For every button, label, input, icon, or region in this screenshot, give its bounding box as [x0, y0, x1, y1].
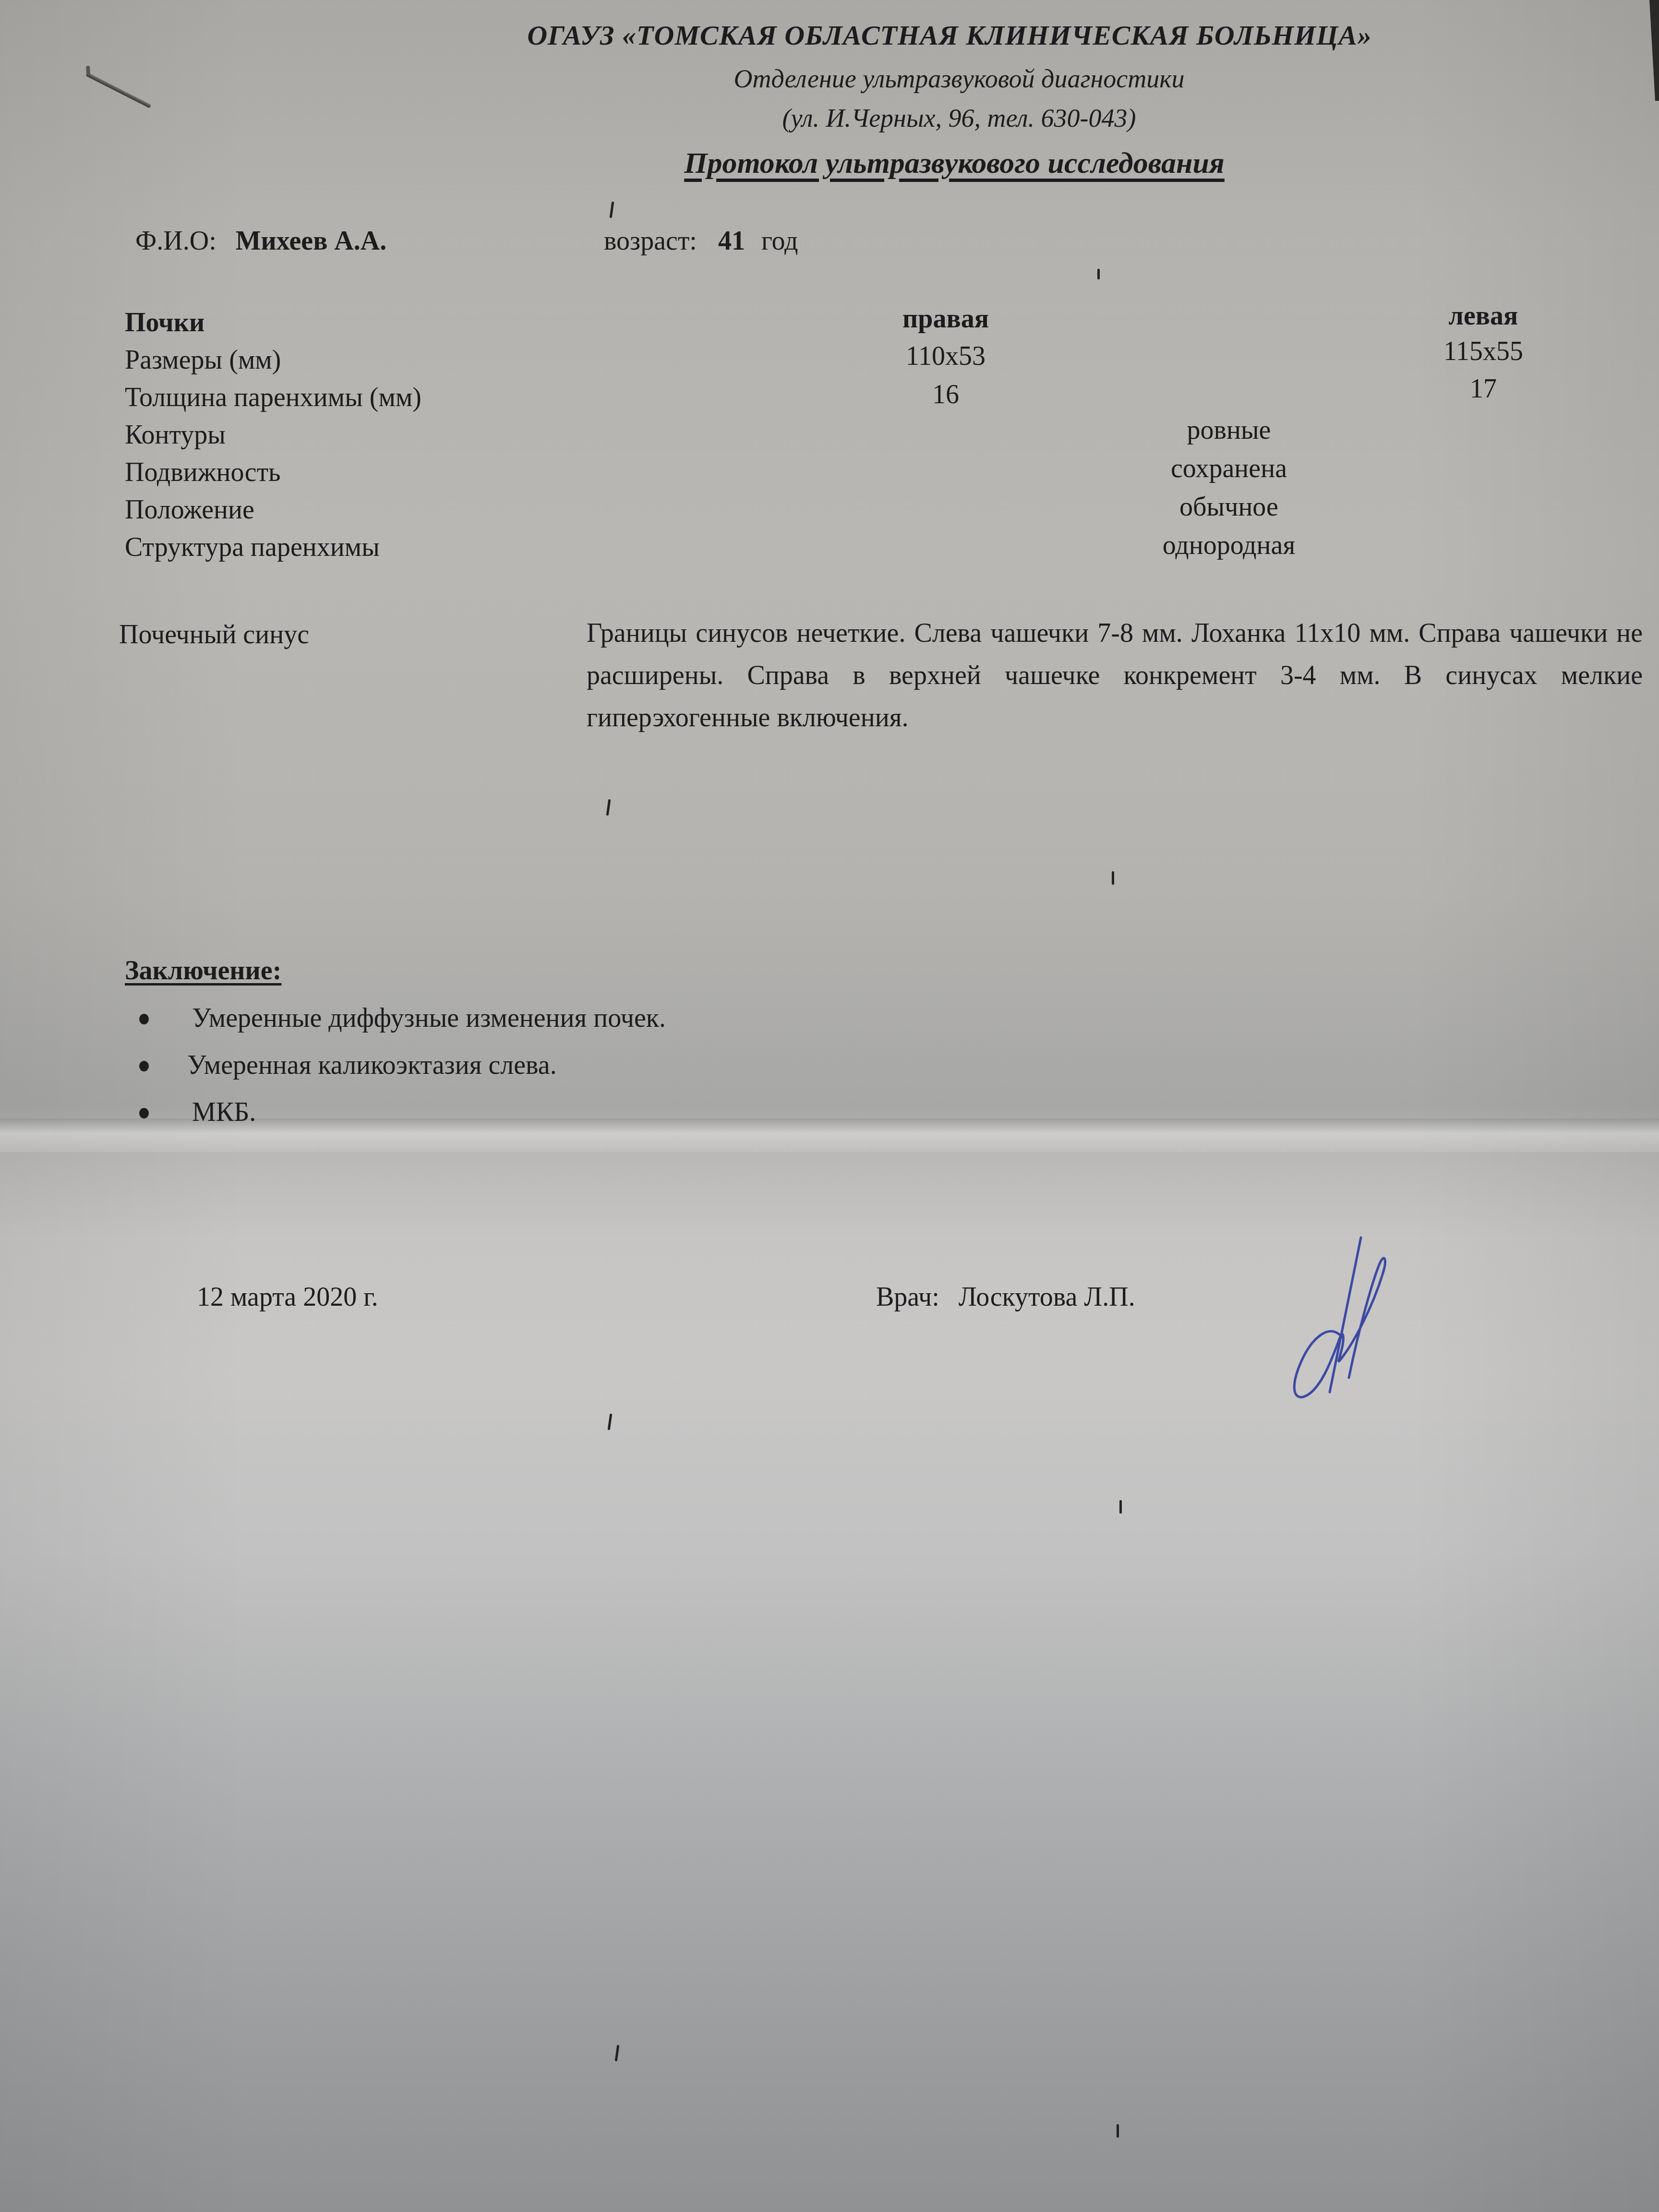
age-value: 41: [718, 226, 745, 256]
doctor-field: Врач: Лоскутова Л.П.: [876, 1282, 1135, 1312]
tick-mark: [1097, 269, 1100, 279]
right-value: 16: [778, 379, 1114, 410]
column-header-kidneys: Почки: [125, 307, 204, 338]
list-item: МКБ.: [125, 1089, 666, 1136]
common-value: ровные: [1061, 415, 1397, 445]
tick-mark: [1119, 1500, 1122, 1514]
sinus-description: Границы синусов нечеткие. Слева чашечки …: [587, 612, 1643, 739]
tick-mark: [1117, 2124, 1119, 2138]
conclusion-list: Умеренные диффузные изменения почек. Уме…: [125, 995, 666, 1136]
doctor-name: Лоскутова Л.П.: [959, 1282, 1135, 1312]
column-header-left: левая: [1315, 301, 1651, 331]
age-unit: год: [761, 226, 798, 256]
table-row: Контуры ровные: [125, 420, 1565, 457]
document-title: Протокол ультразвукового исследования: [684, 146, 1225, 180]
patient-name-field: Ф.И.О: Михеев А.А.: [135, 226, 386, 256]
row-label: Структура паренхимы: [125, 532, 380, 563]
organization-name: ОГАУЗ «ТОМСКАЯ ОБЛАСТНАЯ КЛИНИЧЕСКАЯ БОЛ…: [240, 19, 1659, 51]
tick-mark: [615, 2045, 620, 2061]
conclusion-item-text: МКБ.: [192, 1097, 256, 1127]
row-label: Толщина паренхимы (мм): [125, 382, 421, 413]
bullet-icon: [139, 1061, 149, 1071]
list-item: Умеренная каликоэктазия слева.: [125, 1042, 666, 1089]
left-value: 115x55: [1315, 336, 1651, 367]
table-row: Толщина паренхимы (мм) 16 17: [125, 382, 1565, 420]
patient-name: Михеев А.А.: [236, 226, 387, 256]
exam-date: 12 марта 2020 г.: [197, 1282, 378, 1312]
tick-mark: [1112, 871, 1114, 885]
right-value: 110x53: [778, 341, 1114, 372]
signature-icon: [1195, 1234, 1397, 1407]
conclusion-section: Заключение: Умеренные диффузные изменени…: [125, 955, 666, 1136]
doctor-label: Врач:: [876, 1282, 939, 1312]
list-item: Умеренные диффузные изменения почек.: [125, 995, 666, 1042]
tick-mark: [610, 202, 614, 218]
row-label: Положение: [125, 494, 254, 525]
department-name: Отделение ультразвуковой диагностики: [259, 64, 1659, 94]
row-label: Подвижность: [125, 457, 281, 488]
age-label: возраст:: [604, 226, 697, 256]
row-label: Размеры (мм): [125, 345, 281, 375]
document-header: ОГАУЗ «ТОМСКАЯ ОБЛАСТНАЯ КЛИНИЧЕСКАЯ БОЛ…: [0, 19, 1659, 180]
conclusion-title: Заключение:: [125, 955, 666, 986]
common-value: сохранена: [1061, 453, 1397, 484]
common-value: однородная: [1061, 530, 1397, 561]
bullet-icon: [139, 1014, 149, 1024]
common-value: обычное: [1061, 492, 1397, 522]
conclusion-item-text: Умеренные диффузные изменения почек.: [192, 1003, 666, 1033]
patient-name-label: Ф.И.О:: [135, 226, 216, 256]
table-row: Положение обычное: [125, 494, 1565, 532]
table-row: Структура паренхимы однородная: [125, 532, 1565, 569]
kidney-measurements-table: Почки правая левая Размеры (мм) 110x53 1…: [125, 307, 1565, 569]
column-header-right: правая: [778, 303, 1114, 334]
patient-age-field: возраст: 41 год: [604, 226, 798, 256]
tick-mark: [606, 799, 611, 816]
conclusion-item-text: Умеренная каликоэктазия слева.: [187, 1050, 557, 1080]
tick-mark: [608, 1414, 613, 1430]
table-row: Подвижность сохранена: [125, 457, 1565, 494]
row-label: Контуры: [125, 420, 226, 450]
sinus-label: Почечный синус: [119, 619, 309, 650]
left-value: 17: [1315, 373, 1651, 404]
address: (ул. И.Черных, 96, тел. 630-043): [259, 103, 1659, 133]
bullet-icon: [139, 1108, 149, 1118]
